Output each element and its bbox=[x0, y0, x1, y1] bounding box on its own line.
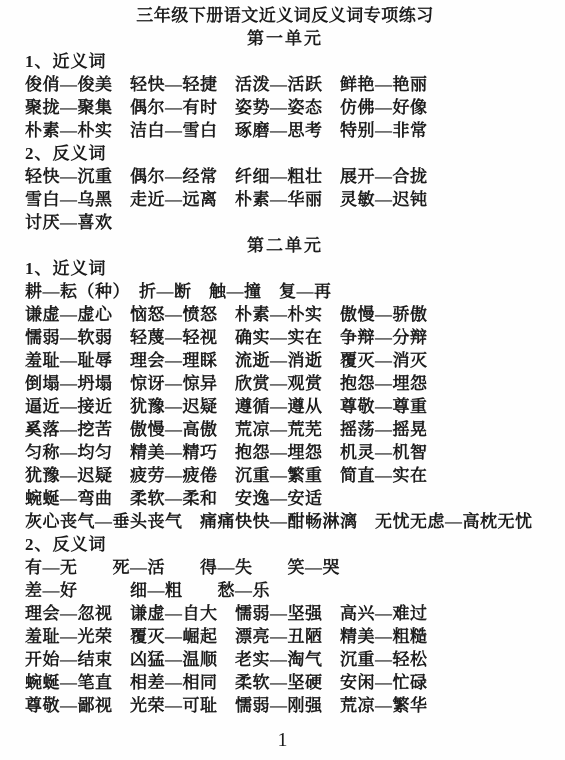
word-pair-row: 蜿蜒—笔直 相差—相同 柔软—坚硬 安闲—忙碌 bbox=[25, 671, 545, 694]
unit-1-heading: 第一单元 bbox=[25, 27, 545, 50]
unit-1-antonyms-label: 2、反义词 bbox=[25, 142, 545, 165]
word-pair-row: 逼近—接近 犹豫—迟疑 遵循—遵从 尊敬—尊重 bbox=[25, 395, 545, 418]
unit-2-synonyms-group: 1、近义词 耕—耘（种） 折—断 触—撞 复—再谦虚—虚心 恼怒—愤怒 朴素—朴… bbox=[25, 257, 545, 533]
unit-2-synonyms-label: 1、近义词 bbox=[25, 257, 545, 280]
word-pair-row: 开始—结束 凶猛—温顺 老实—淘气 沉重—轻松 bbox=[25, 648, 545, 671]
word-pair-row: 羞耻—耻辱 理会—理睬 流逝—消逝 覆灭—消灭 bbox=[25, 349, 545, 372]
word-pair-row: 讨厌—喜欢 bbox=[25, 211, 545, 234]
word-pair-row: 聚拢—聚集 偶尔—有时 姿势—姿态 仿佛—好像 bbox=[25, 96, 545, 119]
unit-2-antonyms-label: 2、反义词 bbox=[25, 533, 545, 556]
word-pair-row: 差—好 细—粗 愁—乐 bbox=[25, 579, 545, 602]
unit-2-section: 第二单元 1、近义词 耕—耘（种） 折—断 触—撞 复—再谦虚—虚心 恼怒—愤怒… bbox=[25, 234, 545, 717]
unit-2-antonyms-list: 有—无 死—活 得—失 笑—哭差—好 细—粗 愁—乐理会—忽视 谦虚—自大 懦弱… bbox=[25, 556, 545, 717]
unit-2-heading: 第二单元 bbox=[25, 234, 545, 257]
word-pair-row: 倒塌—坍塌 惊讶—惊异 欣赏—观赏 抱怨—埋怨 bbox=[25, 372, 545, 395]
word-pair-row: 俊俏—俊美 轻快—轻捷 活泼—活跃 鲜艳—艳丽 bbox=[25, 73, 545, 96]
page-title: 三年级下册语文近义词反义词专项练习 bbox=[25, 4, 545, 27]
word-pair-row: 懦弱—软弱 轻蔑—轻视 确实—实在 争辩—分辩 bbox=[25, 326, 545, 349]
unit-1-section: 第一单元 1、近义词 俊俏—俊美 轻快—轻捷 活泼—活跃 鲜艳—艳丽聚拢—聚集 … bbox=[25, 27, 545, 234]
unit-1-synonyms-label: 1、近义词 bbox=[25, 50, 545, 73]
word-pair-row: 有—无 死—活 得—失 笑—哭 bbox=[25, 556, 545, 579]
unit-1-antonyms-group: 2、反义词 轻快—沉重 偶尔—经常 纤细—粗壮 展开—合拢雪白—乌黑 走近—远离… bbox=[25, 142, 545, 234]
word-pair-row: 灰心丧气—垂头丧气 痛痛快快—酣畅淋漓 无忧无虑—高枕无忧 bbox=[25, 510, 545, 533]
word-pair-row: 尊敬—鄙视 光荣—可耻 懦弱—刚强 荒凉—繁华 bbox=[25, 694, 545, 717]
unit-1-synonyms-group: 1、近义词 俊俏—俊美 轻快—轻捷 活泼—活跃 鲜艳—艳丽聚拢—聚集 偶尔—有时… bbox=[25, 50, 545, 142]
page-number: 1 bbox=[0, 729, 565, 752]
word-pair-row: 犹豫—迟疑 疲劳—疲倦 沉重—繁重 简直—实在 bbox=[25, 464, 545, 487]
word-pair-row: 雪白—乌黑 走近—远离 朴素—华丽 灵敏—迟钝 bbox=[25, 188, 545, 211]
word-pair-row: 朴素—朴实 洁白—雪白 琢磨—思考 特别—非常 bbox=[25, 119, 545, 142]
word-pair-row: 耕—耘（种） 折—断 触—撞 复—再 bbox=[25, 280, 545, 303]
word-pair-row: 羞耻—光荣 覆灭—崛起 漂亮—丑陋 精美—粗糙 bbox=[25, 625, 545, 648]
unit-2-antonyms-group: 2、反义词 有—无 死—活 得—失 笑—哭差—好 细—粗 愁—乐理会—忽视 谦虚… bbox=[25, 533, 545, 717]
word-pair-row: 奚落—挖苦 傲慢—高傲 荒凉—荒芜 摇荡—摇晃 bbox=[25, 418, 545, 441]
word-pair-row: 理会—忽视 谦虚—自大 懦弱—坚强 高兴—难过 bbox=[25, 602, 545, 625]
word-pair-row: 匀称—均匀 精美—精巧 抱怨—埋怨 机灵—机智 bbox=[25, 441, 545, 464]
unit-2-synonyms-list: 耕—耘（种） 折—断 触—撞 复—再谦虚—虚心 恼怒—愤怒 朴素—朴实 傲慢—骄… bbox=[25, 280, 545, 533]
word-pair-row: 蜿蜒—弯曲 柔软—柔和 安逸—安适 bbox=[25, 487, 545, 510]
word-pair-row: 谦虚—虚心 恼怒—愤怒 朴素—朴实 傲慢—骄傲 bbox=[25, 303, 545, 326]
worksheet-page: 三年级下册语文近义词反义词专项练习 第一单元 1、近义词 俊俏—俊美 轻快—轻捷… bbox=[0, 0, 565, 760]
unit-1-antonyms-list: 轻快—沉重 偶尔—经常 纤细—粗壮 展开—合拢雪白—乌黑 走近—远离 朴素—华丽… bbox=[25, 165, 545, 234]
word-pair-row: 轻快—沉重 偶尔—经常 纤细—粗壮 展开—合拢 bbox=[25, 165, 545, 188]
unit-1-synonyms-list: 俊俏—俊美 轻快—轻捷 活泼—活跃 鲜艳—艳丽聚拢—聚集 偶尔—有时 姿势—姿态… bbox=[25, 73, 545, 142]
